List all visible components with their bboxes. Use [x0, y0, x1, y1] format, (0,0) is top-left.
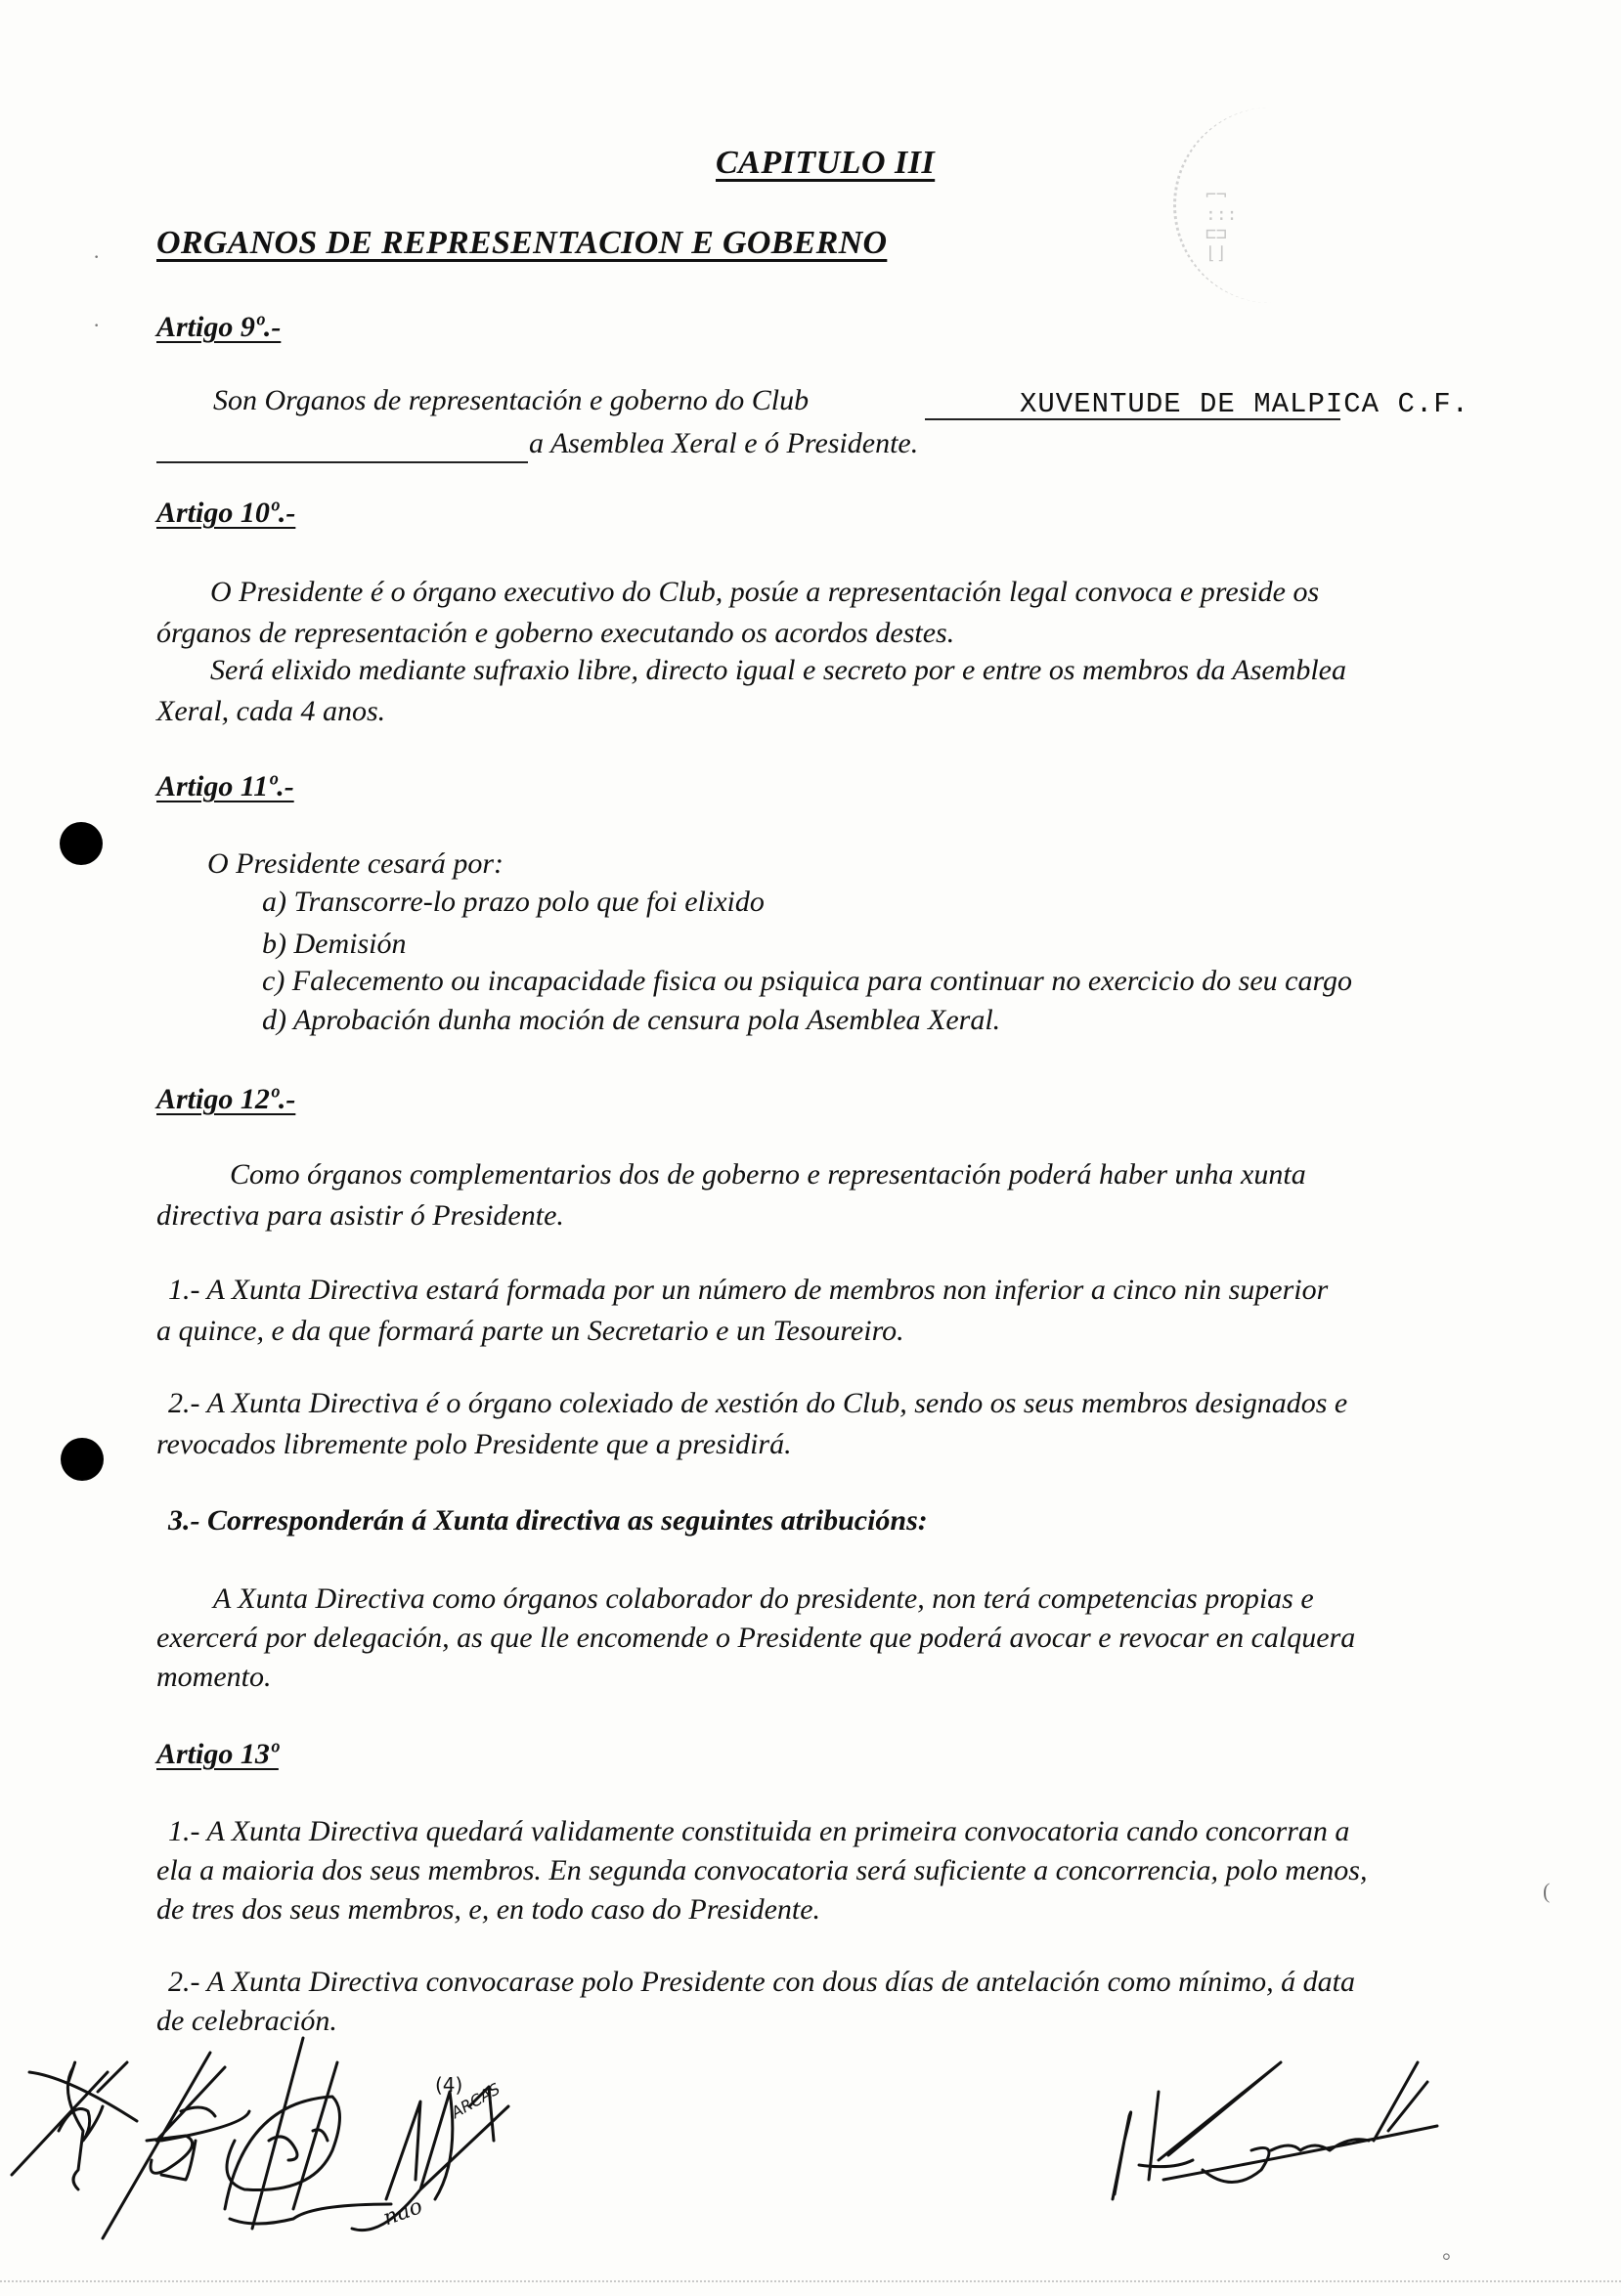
article-heading-10: Artigo 10º.- [156, 497, 295, 530]
article-12-point-3-heading: 3.- Corresponderán á Xunta directiva as … [168, 1499, 928, 1542]
signature-4-icon: (4) ARCAS nao [352, 2073, 508, 2231]
signature-3-icon [225, 2038, 391, 2229]
signature-1-icon [12, 2062, 137, 2189]
article-12-line-1: Como órganos complementarios dos de gobe… [230, 1153, 1306, 1196]
section-title: ORGANOS DE REPRESENTACION E GOBERNO [156, 225, 887, 262]
article-11-intro: O Presidente cesará por: [207, 843, 504, 886]
article-10-line-3: Será elixido mediante sufraxio libre, di… [210, 649, 1346, 692]
article-13-point-1-line-3: de tres dos seus membros, e, en todo cas… [156, 1888, 820, 1931]
article-12-point-3-line-3: momento. [156, 1656, 271, 1699]
article-12-point-2-line-1: 2.- A Xunta Directiva é o órgano colexia… [168, 1382, 1347, 1425]
article-13-point-2-line-1: 2.- A Xunta Directiva convocarase polo P… [168, 1961, 1355, 2004]
article-12-point-1-line-1: 1.- A Xunta Directiva estará formada por… [168, 1269, 1328, 1312]
article-10-line-1: O Presidente é o órgano executivo do Clu… [210, 571, 1319, 614]
signature-annotation: (4) [435, 2073, 462, 2097]
scan-edge [0, 2280, 1621, 2284]
article-12-point-3-line-1: A Xunta Directiva como órganos colaborad… [213, 1578, 1314, 1621]
faded-stamp: ⌐¬:::⊏⊐⌊⌋ [1173, 108, 1303, 303]
article-12-point-3-line-2: exercerá por delegación, as que lle enco… [156, 1617, 1355, 1660]
chapter-title: CAPITULO III [716, 145, 935, 182]
speck-mark: ( [1543, 1879, 1550, 1904]
article-12-point-2-line-2: revocados libremente polo Presidente que… [156, 1423, 792, 1466]
stamp-mark-icon: ⌐¬:::⊏⊐⌊⌋ [1205, 186, 1238, 264]
article-heading-11: Artigo 11º.- [156, 770, 294, 803]
signatures-area: (4) ARCAS nao [0, 2033, 1621, 2277]
article-9-line-2: a Asemblea Xeral e ó Presidente. [529, 422, 918, 465]
signature-5-icon [1113, 2062, 1437, 2199]
article-9-line-1: Son Organos de representación e goberno … [213, 379, 809, 422]
article-13-point-1-line-2: ela a maioria dos seus membros. En segun… [156, 1849, 1367, 1892]
punch-hole-icon [61, 1438, 104, 1481]
speck: · [93, 313, 100, 338]
speck: · [93, 244, 100, 270]
article-13-point-1-line-1: 1.- A Xunta Directiva quedará validament… [168, 1810, 1349, 1853]
article-11-item-a: a) Transcorre-lo prazo polo que foi elix… [262, 881, 765, 924]
article-heading-13: Artigo 13º [156, 1738, 279, 1771]
article-heading-9: Artigo 9º.- [156, 311, 281, 344]
signature-2-icon [103, 2053, 249, 2238]
article-12-line-2: directiva para asistir ó Presidente. [156, 1194, 564, 1237]
club-name-field: XUVENTUDE DE MALPICA C.F. [1020, 383, 1469, 426]
punch-hole-icon [60, 822, 103, 865]
article-heading-12: Artigo 12º.- [156, 1083, 295, 1116]
fill-line [156, 461, 528, 463]
article-11-item-d: d) Aprobación dunha moción de censura po… [262, 999, 1000, 1042]
article-11-item-c: c) Falecemento ou incapacidade fisica ou… [262, 960, 1352, 1003]
article-10-line-4: Xeral, cada 4 anos. [156, 690, 385, 733]
article-12-point-1-line-2: a quince, e da que formará parte un Secr… [156, 1310, 904, 1353]
